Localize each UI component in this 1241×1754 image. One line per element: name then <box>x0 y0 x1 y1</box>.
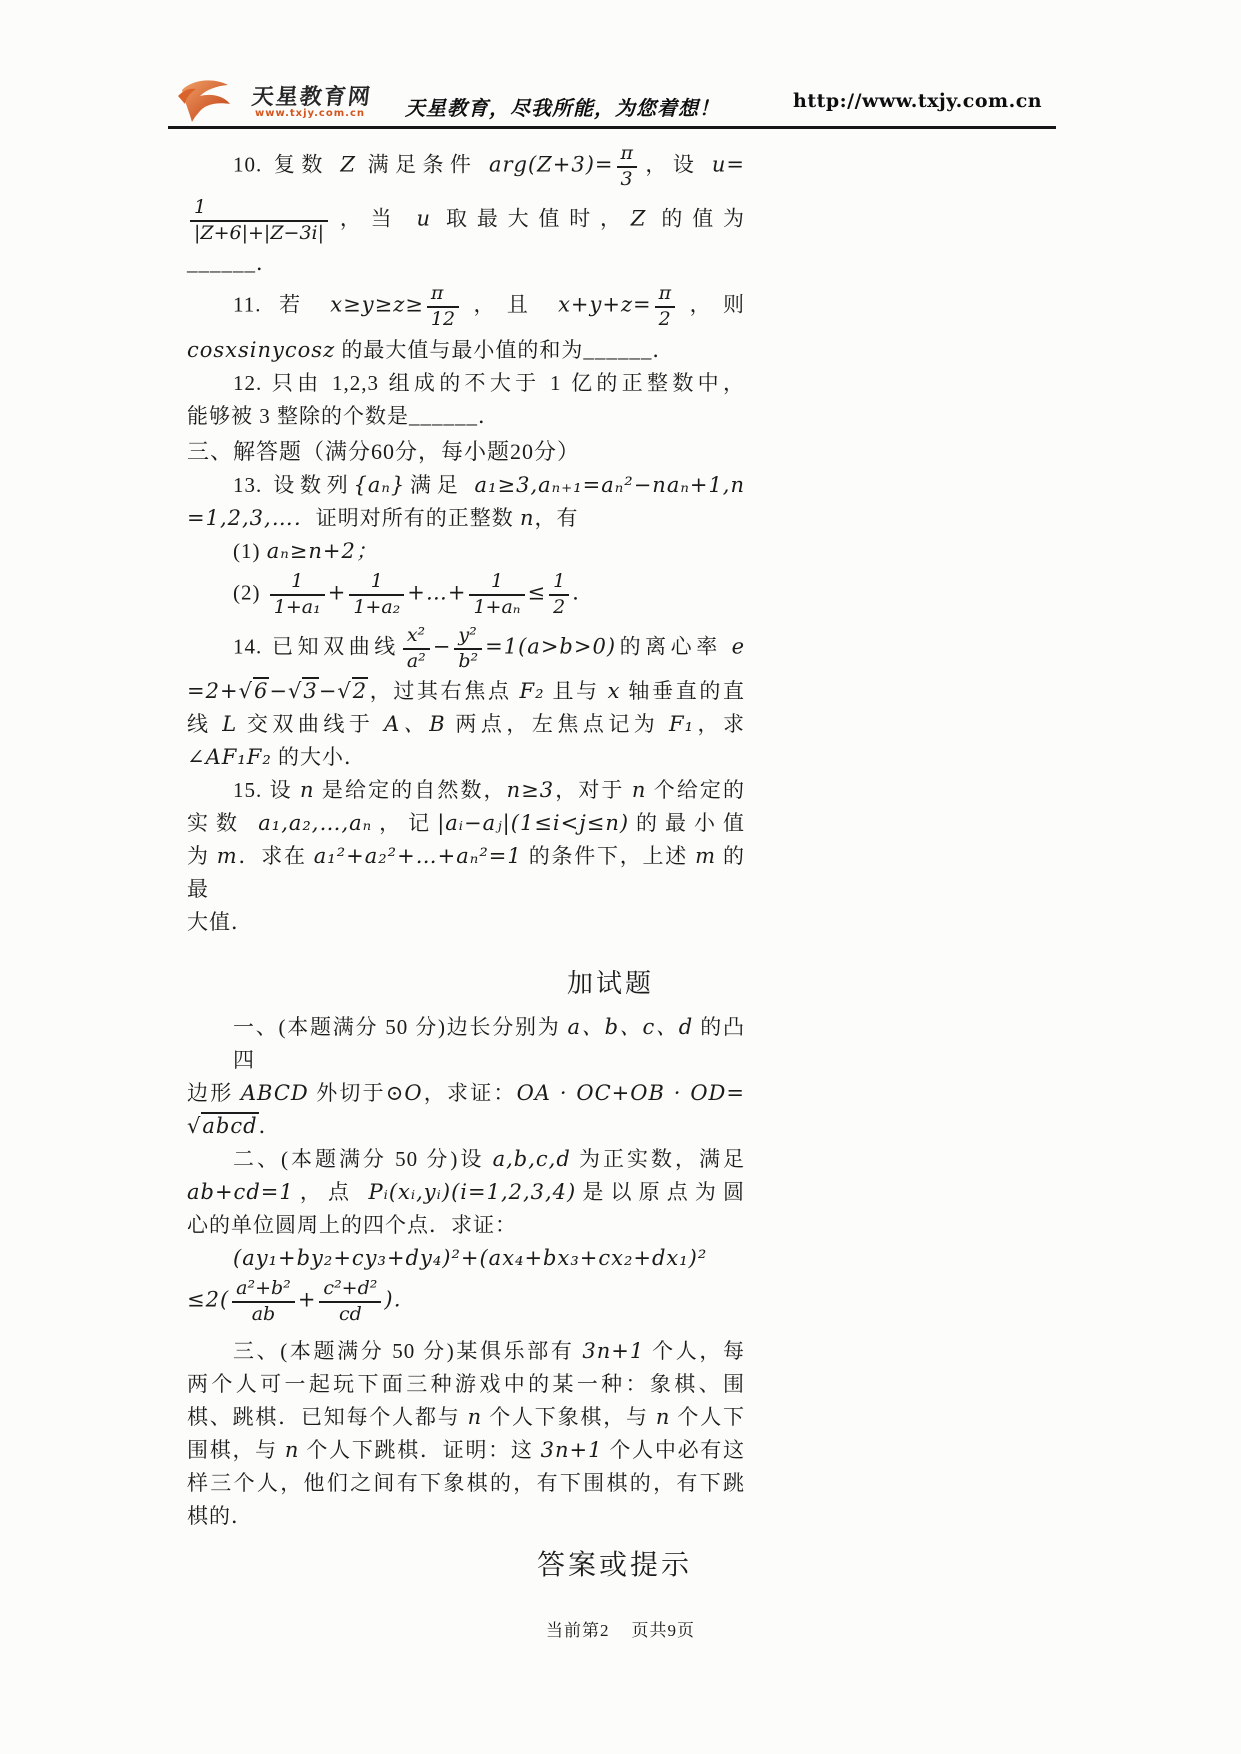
problem-15-line-2: 实数 a₁,a₂,…,aₙ，记|aᵢ−aⱼ|(1≤i<j≤n)的最小值 <box>187 807 745 840</box>
math-run: n <box>520 506 535 530</box>
fraction-denominator: |Z+6|+|Z−3i| <box>190 220 328 246</box>
radical-sign: √ <box>187 1114 201 1138</box>
fraction-numerator: 1 <box>270 570 325 594</box>
math-run: )． <box>384 1288 415 1312</box>
problem-13-line-2: =1,2,3,…．证明对所有的正整数 n，有 <box>187 502 745 535</box>
text-run: 的值为 <box>646 206 745 230</box>
radical-sign: √ <box>288 679 302 703</box>
math-run: e <box>732 634 745 658</box>
math-run: F₁ <box>669 712 694 736</box>
square-root: √6 <box>239 677 270 703</box>
math-run: x≥y≥z≥ <box>330 293 424 317</box>
extra-3-line-4: 围棋，与 n 个人下跳棋．证明：这 3n+1 个人中必有这 <box>187 1434 745 1467</box>
extra-1-line-3: √abcd． <box>187 1110 745 1143</box>
text-run: 围棋，与 <box>187 1438 285 1462</box>
math-run: (ay₁+by₂+cy₃+dy₄)²+(ax₄+bx₃+cx₂+dx₁)² <box>233 1246 707 1270</box>
text-run: 二、(本题满分 50 分)设 <box>233 1147 493 1171</box>
fraction: 11+aₙ <box>469 570 524 620</box>
text-run: 实数 <box>187 811 258 835</box>
text-run: ，当 <box>331 206 416 230</box>
math-run: A、B <box>384 712 446 736</box>
radicand: abcd <box>201 1112 258 1138</box>
text-run: 棋的． <box>187 1504 253 1528</box>
extra-2-line-1: 二、(本题满分 50 分)设 a,b,c,d 为正实数，满足 <box>187 1143 745 1176</box>
fraction-numerator: π <box>617 142 638 166</box>
radicand: 2 <box>352 677 368 703</box>
math-run: a₁≥3,aₙ₊₁=aₙ²−naₙ+1,n <box>475 473 745 497</box>
math-run: − <box>269 679 288 703</box>
fraction-denominator: ab <box>232 1301 295 1327</box>
math-run: x+y+z= <box>558 293 652 317</box>
math-run: {aₙ} <box>354 473 406 497</box>
fraction-numerator: x² <box>403 624 430 648</box>
fraction-numerator: c²+d² <box>319 1277 381 1301</box>
math-run: n <box>300 778 315 802</box>
math-run: +…+ <box>407 581 466 605</box>
problem-10-line-2: 1|Z+6|+|Z−3i|，当 u 取最大值时，Z 的值为 <box>187 194 745 248</box>
math-run: 3n+1 <box>582 1339 644 1363</box>
math-run: |aᵢ−aⱼ|(1≤i<j≤n) <box>437 811 629 835</box>
math-run: + <box>328 581 347 605</box>
math-run: a,b,c,d <box>493 1147 571 1171</box>
math-run: Z <box>340 153 356 177</box>
fraction: π3 <box>617 142 638 192</box>
math-run: OA · OC+OB · OD= <box>517 1081 745 1105</box>
problem-13-part-2: (2) 11+a₁+11+a₂+…+11+aₙ≤12． <box>187 568 745 622</box>
blank-underline: ______． <box>583 338 674 362</box>
problem-14-line-2: =2+√6−√3−√2，过其右焦点 F₂ 且与 x 轴垂直的直 <box>187 675 745 708</box>
fraction: c²+d²cd <box>319 1277 381 1327</box>
math-run: =1(a>b>0) <box>485 634 616 658</box>
text-run: 13. 设数列 <box>233 473 354 497</box>
text-run: 心的单位圆周上的四个点．求证： <box>187 1213 517 1237</box>
math-run: O <box>404 1081 422 1105</box>
text-run: 个人下 <box>670 1405 745 1429</box>
header-slogan: 天星教育，尽我所能，为您着想！ <box>405 92 720 121</box>
text-run: 个人中必有这 <box>602 1438 745 1462</box>
text-run: 是以原点为圆 <box>576 1180 745 1204</box>
text-run: 满足 <box>405 473 474 497</box>
fraction-numerator: 1 <box>349 570 404 594</box>
logo-site-url: www.txjy.com.cn <box>255 108 365 119</box>
text-run: 线 <box>187 712 222 736</box>
math-run: a、b、c、d <box>568 1015 694 1039</box>
text-run: ，设 <box>640 153 712 177</box>
extra-3-line-5: 样三个人，他们之间有下象棋的，有下围棋的，有下跳 <box>187 1467 745 1500</box>
text-run: 满足条件 <box>356 153 489 177</box>
problem-12-line-2: 能够被 3 整除的个数是______． <box>187 400 745 433</box>
math-run: n≥3 <box>507 778 554 802</box>
text-run: 交双曲线于 <box>237 712 384 736</box>
text-run: ，记 <box>372 811 437 835</box>
fraction: 11+a₂ <box>349 570 404 620</box>
text-run: ． <box>259 1114 281 1138</box>
text-run: (1) <box>233 539 267 563</box>
section-3-heading: 三、解答题（满分60分，每小题20分） <box>187 435 745 469</box>
text-run: 个人下跳棋．证明：这 <box>299 1438 540 1462</box>
text-run: 外切于⊙ <box>309 1081 405 1105</box>
problem-13-part-1: (1) aₙ≥n+2； <box>187 535 745 568</box>
extra-3-line-3: 棋、跳棋．已知每个人都与 n 个人下象棋，与 n 个人下 <box>187 1401 745 1434</box>
problem-10-answer-blank: ______． <box>187 247 745 280</box>
text-run: 大值． <box>187 910 253 934</box>
extra-2-formula-2: ≤2(a²+b²ab+c²+d²cd)． <box>187 1275 745 1329</box>
math-run: − <box>433 634 452 658</box>
radicand: 3 <box>302 677 318 703</box>
radical-sign: √ <box>239 679 253 703</box>
logo-title: 天星教育网 <box>250 80 373 111</box>
problem-11-line-1: 11. 若 x≥y≥z≥π12，且 x+y+z=π2，则 <box>187 280 745 334</box>
logo-bird-icon <box>176 76 250 122</box>
text-run: 一、(本题满分 50 分)边长分别为 <box>233 1015 568 1039</box>
square-root: √abcd <box>187 1112 259 1138</box>
fraction-numerator: a²+b² <box>232 1277 295 1301</box>
fraction-numerator: y² <box>454 624 482 648</box>
fraction: π2 <box>655 282 676 332</box>
problem-10-line-1: 10. 复数 Z 满足条件 arg(Z+3)=π3，设 u= <box>187 140 745 194</box>
extra-3-line-2: 两个人可一起玩下面三种游戏中的某一种：象棋、围 <box>187 1368 745 1401</box>
text-run: 轴垂直的直 <box>621 679 746 703</box>
square-root: √3 <box>288 677 319 703</box>
fraction-denominator: 2 <box>655 306 676 332</box>
text-run: 证明对所有的正整数 <box>316 506 520 530</box>
fraction-denominator: 1+aₙ <box>469 594 524 620</box>
text-run: 取最大值时， <box>431 206 631 230</box>
text-run: 12. 只由 1,2,3 组成的不大于 1 亿的正整数中， <box>233 371 745 395</box>
problem-15-line-3: 为 m．求在 a₁²+a₂²+…+aₙ²=1 的条件下，上述 m 的最 <box>187 840 745 906</box>
problem-15-line-4: 大值． <box>187 906 745 939</box>
fraction: π12 <box>427 282 459 332</box>
square-root: √2 <box>337 677 368 703</box>
blank-underline: ______． <box>187 251 278 275</box>
text-run: 11. 若 <box>233 293 330 317</box>
text-run: ，点 <box>294 1180 369 1204</box>
math-run: arg(Z+3)= <box>489 153 614 177</box>
fraction-denominator: 2 <box>549 594 569 620</box>
math-run: u= <box>712 153 745 177</box>
text-run: ，对于 <box>554 778 632 802</box>
problem-12-line-1: 12. 只由 1,2,3 组成的不大于 1 亿的正整数中， <box>187 367 745 400</box>
document-page: 天星教育网 www.txjy.com.cn 天星教育，尽我所能，为您着想！ ht… <box>0 0 1241 1754</box>
text-run: 个给定的 <box>646 778 745 802</box>
fraction-denominator: a² <box>403 648 430 674</box>
current-page-label: 当前第2 <box>546 1616 610 1641</box>
text-run: 的条件下，上述 <box>522 844 695 868</box>
fraction: y²b² <box>454 624 482 674</box>
text-run: 10. 复数 <box>233 153 340 177</box>
math-run: aₙ≥n+2； <box>267 539 378 563</box>
fraction-denominator: 3 <box>617 166 638 192</box>
fraction-denominator: b² <box>454 648 482 674</box>
text-run: 且与 <box>545 679 608 703</box>
text-run: ．求在 <box>238 844 314 868</box>
total-pages-label: 页共9页 <box>632 1616 696 1641</box>
math-run: =1,2,3,…． <box>187 506 316 530</box>
text-run: 两个人可一起玩下面三种游戏中的某一种：象棋、围 <box>187 1372 745 1396</box>
problem-13-line-1: 13. 设数列{aₙ}满足 a₁≥3,aₙ₊₁=aₙ²−naₙ+1,n <box>187 469 745 502</box>
extra-3-line-6: 棋的． <box>187 1500 745 1533</box>
text-run: ，则 <box>678 293 745 317</box>
text-run: 的最大值与最小值的和为 <box>335 338 583 362</box>
math-run: =2+ <box>187 679 239 703</box>
text-run: 个人，每 <box>644 1339 745 1363</box>
radicand: 6 <box>253 677 269 703</box>
text-run: 三、(本题满分 50 分)某俱乐部有 <box>233 1339 582 1363</box>
text-run: 为 <box>187 844 217 868</box>
math-run: ∠AF₁F₂ <box>187 745 272 769</box>
extra-3-line-1: 三、(本题满分 50 分)某俱乐部有 3n+1 个人，每 <box>187 1335 745 1368</box>
math-run: a₁,a₂,…,aₙ <box>258 811 372 835</box>
text-run: 为正实数，满足 <box>571 1147 745 1171</box>
extra-section-heading: 加试题 <box>567 965 745 1003</box>
problem-11-line-2: cosxsinycosz 的最大值与最小值的和为______． <box>187 334 745 367</box>
math-run: x <box>608 679 621 703</box>
text-run: ，过其右焦点 <box>368 679 519 703</box>
math-run: ABCD <box>241 1081 309 1105</box>
math-run: ≤ <box>528 581 547 605</box>
math-run: L <box>222 712 237 736</box>
header-url: http://www.txjy.com.cn <box>793 90 1042 112</box>
math-run: Z <box>631 206 647 230</box>
text-run: ，求证： <box>423 1081 517 1105</box>
radical-sign: √ <box>337 679 351 703</box>
fraction: a²+b²ab <box>232 1277 295 1327</box>
header-rule <box>168 126 1056 129</box>
fraction-numerator: 1 <box>549 570 569 594</box>
fraction-numerator: π <box>655 282 676 306</box>
fraction-denominator: 1+a₁ <box>270 594 325 620</box>
fraction-numerator: 1 <box>469 570 524 594</box>
math-run: 3n+1 <box>541 1438 603 1462</box>
math-run: n <box>468 1405 483 1429</box>
text-run: 个人下象棋，与 <box>482 1405 656 1429</box>
fraction-denominator: 1+a₂ <box>349 594 404 620</box>
text-run: (2) <box>233 581 267 605</box>
math-run: + <box>298 1288 317 1312</box>
fraction: x²a² <box>403 624 430 674</box>
text-run: ，且 <box>462 293 558 317</box>
text-run: 15. 设 <box>233 778 300 802</box>
text-run: 边形 <box>187 1081 241 1105</box>
math-run: u <box>416 206 431 230</box>
math-run: n <box>656 1405 671 1429</box>
text-run: 两点，左焦点记为 <box>446 712 669 736</box>
extra-1-line-2: 边形 ABCD 外切于⊙O，求证：OA · OC+OB · OD= <box>187 1077 745 1110</box>
math-run: n <box>285 1438 300 1462</box>
fraction-numerator: 1 <box>190 196 328 220</box>
fraction: 12 <box>549 570 569 620</box>
text-run: ． <box>572 581 594 605</box>
math-run: − <box>319 679 338 703</box>
fraction: 1|Z+6|+|Z−3i| <box>190 196 328 246</box>
fraction-denominator: cd <box>319 1301 381 1327</box>
text-run: 是给定的自然数， <box>315 778 507 802</box>
math-run: a₁²+a₂²+…+aₙ²=1 <box>314 844 522 868</box>
math-run: ≤2( <box>187 1288 229 1312</box>
content-column: 10. 复数 Z 满足条件 arg(Z+3)=π3，设 u= 1|Z+6|+|Z… <box>187 140 745 1585</box>
blank-underline: ______． <box>409 404 500 428</box>
text-run: 能够被 3 整除的个数是 <box>187 404 409 428</box>
extra-2-line-2: ab+cd=1，点 Pᵢ(xᵢ,yᵢ)(i=1,2,3,4)是以原点为圆 <box>187 1176 745 1209</box>
fraction: 11+a₁ <box>270 570 325 620</box>
answers-section-heading: 答案或提示 <box>537 1545 745 1585</box>
text-run: 棋、跳棋．已知每个人都与 <box>187 1405 468 1429</box>
math-run: cosxsinycosz <box>187 338 335 362</box>
fraction-numerator: π <box>427 282 459 306</box>
text-run: 样三个人，他们之间有下象棋的，有下围棋的，有下跳 <box>187 1471 745 1495</box>
extra-1-line-1: 一、(本题满分 50 分)边长分别为 a、b、c、d 的凸四 <box>187 1011 745 1077</box>
text-run: 14. 已知双曲线 <box>233 634 400 658</box>
math-run: n <box>632 778 647 802</box>
extra-2-formula-1: (ay₁+by₂+cy₃+dy₄)²+(ax₄+bx₃+cx₂+dx₁)² <box>187 1242 745 1275</box>
math-run: Pᵢ(xᵢ,yᵢ)(i=1,2,3,4) <box>369 1180 577 1204</box>
text-run: 的离心率 <box>616 634 732 658</box>
extra-2-line-3: 心的单位圆周上的四个点．求证： <box>187 1209 745 1242</box>
problem-14-line-4: ∠AF₁F₂ 的大小． <box>187 741 745 774</box>
math-run: m <box>217 844 238 868</box>
page-footer: 当前第2 页共9页 <box>546 1616 695 1641</box>
text-run: ，有 <box>535 506 579 530</box>
fraction-denominator: 12 <box>427 306 459 332</box>
text-run: ，求 <box>694 712 745 736</box>
math-run: F₂ <box>520 679 545 703</box>
problem-15-line-1: 15. 设 n 是给定的自然数，n≥3，对于 n 个给定的 <box>187 774 745 807</box>
text-run: 的大小． <box>272 745 366 769</box>
math-run: m <box>695 844 716 868</box>
problem-14-line-1: 14. 已知双曲线x²a²−y²b²=1(a>b>0)的离心率 e <box>187 622 745 676</box>
problem-14-line-3: 线 L 交双曲线于 A、B 两点，左焦点记为 F₁，求 <box>187 708 745 741</box>
math-run: ab+cd=1 <box>187 1180 294 1204</box>
text-run: 的最小值 <box>629 811 745 835</box>
